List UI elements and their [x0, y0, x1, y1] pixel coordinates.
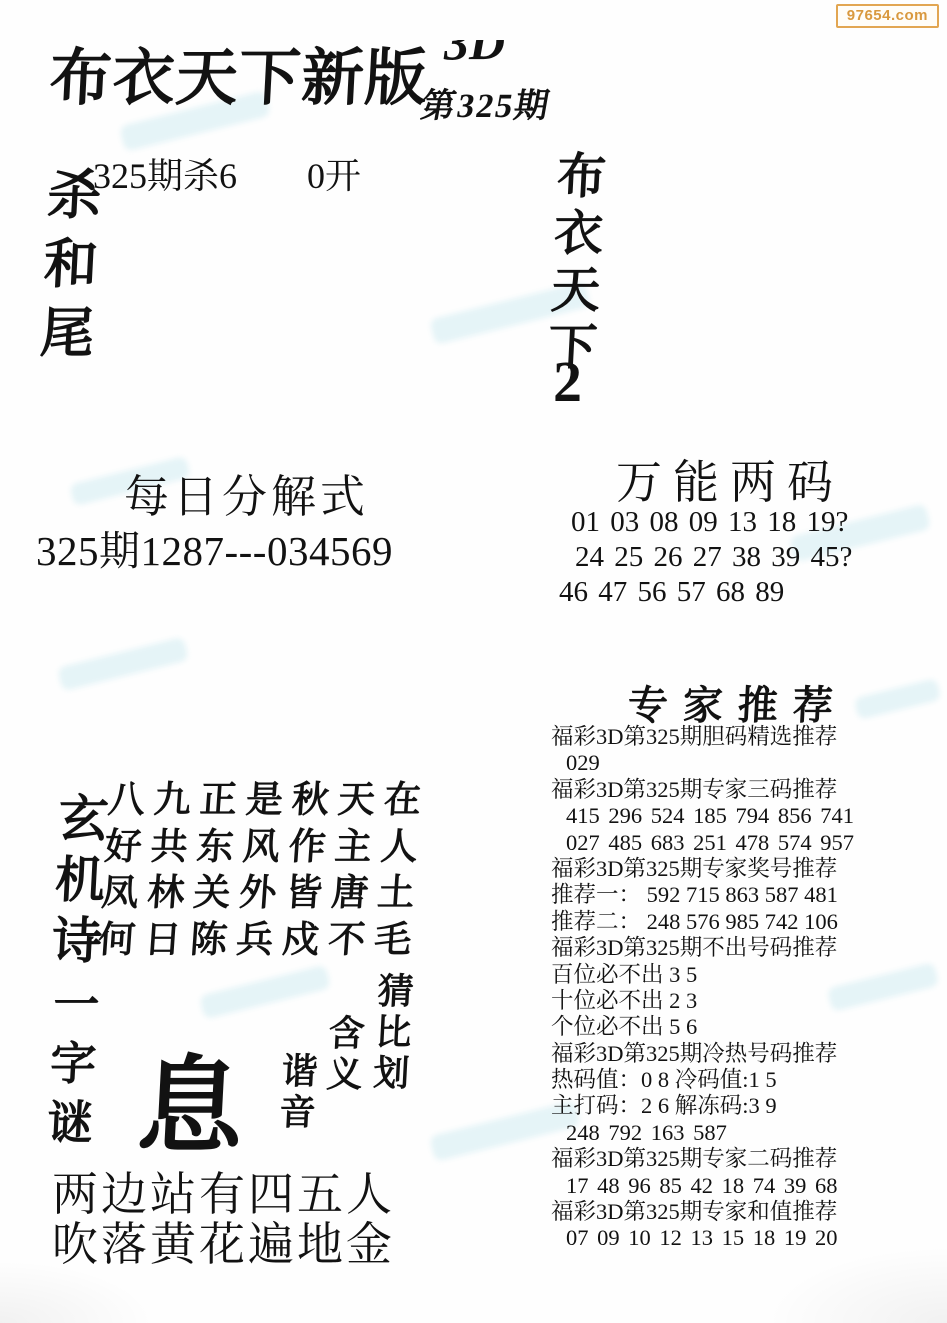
expert-line: 029 [551, 750, 945, 776]
expert-line: 福彩3D第325期专家三码推荐 [551, 777, 945, 803]
expert-line: 十位必不出 2 3 [551, 988, 945, 1014]
site-url-badge[interactable]: 97654.com [836, 4, 939, 28]
bottom-riddle-line: 吹落黄花遍地金 [52, 1220, 395, 1270]
char-riddle-hint-strokes: 猜比划 [363, 972, 420, 1095]
expert-line: 主打码：2 6 解冻码:3 9 [551, 1093, 945, 1119]
brand-vertical: 布衣天下 [532, 150, 614, 378]
two-codes-row: 24 25 26 27 38 39 45? [554, 540, 852, 575]
poem-line: 凤林关外皆唐土 [100, 871, 425, 918]
expert-line: 福彩3D第325期专家和值推荐 [551, 1199, 945, 1225]
watermark-smudge [57, 637, 189, 692]
expert-line: 415 296 524 185 794 856 741 [551, 803, 945, 829]
expert-line: 福彩3D第325期冷热号码推荐 [551, 1041, 945, 1067]
expert-line: 百位必不出 3 5 [551, 962, 945, 988]
page-title: 布衣天下新版 [48, 28, 431, 117]
kill-number-right: 0开 [307, 156, 361, 196]
char-riddle-title: 一字谜 [31, 980, 106, 1157]
watermark-smudge [854, 678, 942, 720]
expert-line: 福彩3D第325期不出号码推荐 [551, 935, 945, 961]
expert-line: 17 48 96 85 42 18 74 39 68 [551, 1173, 945, 1199]
poem-line: 何日陈兵戍不毛 [96, 918, 421, 965]
expert-line: 福彩3D第325期专家奖号推荐 [551, 856, 945, 882]
kill-number-line: 325期杀60开 [93, 148, 361, 199]
expert-line: 热码值：0 8 冷码值:1 5 [551, 1067, 945, 1093]
poem-line: 八九正是秋天在 [106, 778, 431, 825]
edition-3d-clipped: 3D [438, 40, 526, 78]
char-riddle-character: 息 [134, 1022, 248, 1174]
daily-decomposition-title: 每日分解式 [124, 460, 369, 525]
expert-line: 027 485 683 251 478 574 957 [551, 830, 945, 856]
bottom-riddle: 两边站有四五人 吹落黄花遍地金 [52, 1170, 395, 1270]
expert-recommendation-list: 福彩3D第325期胆码精选推荐 029 福彩3D第325期专家三码推荐 415 … [551, 724, 945, 1252]
brand-number: 2 [553, 348, 582, 415]
poem-line: 好共东风作主人 [103, 825, 428, 872]
universal-two-codes-title: 万能两码 [616, 446, 844, 512]
expert-line: 福彩3D第325期胆码精选推荐 [551, 724, 945, 750]
lottery-sheet-page: 97654.com 布衣天下新版 3D 第325期 325期杀60开 杀和尾 布… [0, 0, 947, 1323]
two-codes-row: 01 03 08 09 13 18 19? [554, 505, 852, 540]
expert-line: 推荐一： 592 715 863 587 481 [551, 882, 945, 908]
daily-decomposition-formula: 325期1287---034569 [36, 518, 393, 577]
kill-sum-tail-vertical: 杀和尾 [23, 166, 111, 373]
issue-number: 第325期 [418, 78, 556, 127]
watermark-smudge [199, 965, 331, 1020]
expert-line: 个位必不出 5 6 [551, 1014, 945, 1040]
char-riddle-hint-homophone: 谐音 [269, 1052, 324, 1134]
kill-number-left: 325期杀6 [93, 156, 237, 196]
expert-line: 07 09 10 12 13 15 18 19 20 [551, 1225, 945, 1251]
char-riddle-hint-meaning: 含义 [316, 1014, 371, 1096]
expert-recommendation-title: 专家推荐 [627, 674, 850, 731]
expert-line: 推荐二： 248 576 985 742 106 [551, 909, 945, 935]
universal-two-codes-grid: 01 03 08 09 13 18 19? 24 25 26 27 38 39 … [554, 505, 852, 610]
edition-3d-label: 3D [444, 40, 505, 71]
expert-line: 福彩3D第325期专家二码推荐 [551, 1146, 945, 1172]
bottom-riddle-line: 两边站有四五人 [52, 1170, 395, 1220]
two-codes-row: 46 47 56 57 68 89 [554, 575, 852, 610]
expert-line: 248 792 163 587 [551, 1120, 945, 1146]
mystery-poem: 八九正是秋天在 好共东风作主人 凤林关外皆唐土 何日陈兵戍不毛 [96, 778, 431, 964]
